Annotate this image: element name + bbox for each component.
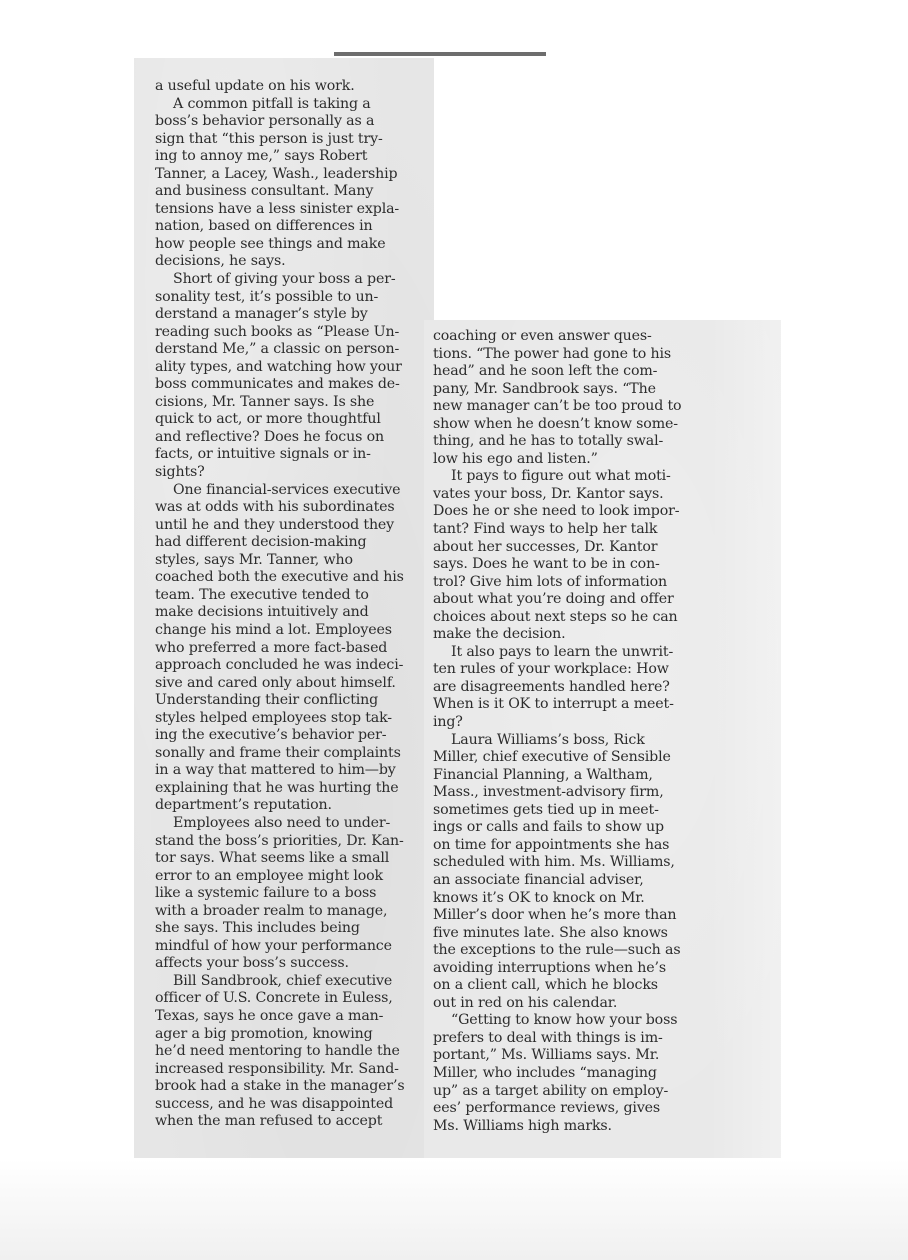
clipping-torn-edge bbox=[334, 52, 546, 56]
text-line: success, and he was disappointed bbox=[155, 1096, 415, 1114]
text-line: When is it OK to interrupt a meet- bbox=[433, 696, 703, 714]
text-line: she says. This includes being bbox=[155, 920, 415, 938]
text-line: in a way that mattered to him—by bbox=[155, 762, 415, 780]
text-line: choices about next steps so he can bbox=[433, 609, 703, 627]
text-line: mindful of how your performance bbox=[155, 938, 415, 956]
text-line: Miller’s door when he’s more than bbox=[433, 907, 703, 925]
text-line: ten rules of your workplace: How bbox=[433, 661, 703, 679]
text-line: the exceptions to the rule—such as bbox=[433, 942, 703, 960]
text-line: up” as a target ability on employ- bbox=[433, 1083, 703, 1101]
text-line: facts, or intuitive signals or in- bbox=[155, 446, 415, 464]
text-line: ees’ performance reviews, gives bbox=[433, 1100, 703, 1118]
text-line: make decisions intuitively and bbox=[155, 604, 415, 622]
text-line: decisions, he says. bbox=[155, 253, 415, 271]
text-line: ing the executive’s behavior per- bbox=[155, 727, 415, 745]
text-line: tor says. What seems like a small bbox=[155, 850, 415, 868]
text-line: cisions, Mr. Tanner says. Is she bbox=[155, 394, 415, 412]
text-line: Does he or she need to look impor- bbox=[433, 503, 703, 521]
text-line: says. Does he want to be in con- bbox=[433, 556, 703, 574]
text-line: approach concluded he was indeci- bbox=[155, 657, 415, 675]
article-column-left: a useful update on his work.A common pit… bbox=[155, 78, 415, 1131]
text-line: portant,” Ms. Williams says. Mr. bbox=[433, 1047, 703, 1065]
text-line: affects your boss’s success. bbox=[155, 955, 415, 973]
text-line: thing, and he has to totally swal- bbox=[433, 433, 703, 451]
text-line: styles, says Mr. Tanner, who bbox=[155, 552, 415, 570]
text-line: low his ego and listen.” bbox=[433, 451, 703, 469]
paragraph-first-line: A common pitfall is taking a bbox=[155, 96, 415, 114]
text-line: trol? Give him lots of information bbox=[433, 574, 703, 592]
text-line: a useful update on his work. bbox=[155, 78, 415, 96]
text-line: prefers to deal with things is im- bbox=[433, 1030, 703, 1048]
text-line: stand the boss’s priorities, Dr. Kan- bbox=[155, 833, 415, 851]
text-line: Tanner, a Lacey, Wash., leadership bbox=[155, 166, 415, 184]
text-line: nation, based on differences in bbox=[155, 218, 415, 236]
text-line: on a client call, which he blocks bbox=[433, 977, 703, 995]
text-line: Financial Planning, a Waltham, bbox=[433, 767, 703, 785]
text-line: how people see things and make bbox=[155, 236, 415, 254]
text-line: Texas, says he once gave a man- bbox=[155, 1008, 415, 1026]
paragraph-first-line: Short of giving your boss a per- bbox=[155, 271, 415, 289]
text-line: about her successes, Dr. Kantor bbox=[433, 539, 703, 557]
text-line: who preferred a more fact-based bbox=[155, 640, 415, 658]
paragraph-first-line: It pays to figure out what moti- bbox=[433, 468, 703, 486]
text-line: ing to annoy me,” says Robert bbox=[155, 148, 415, 166]
text-line: he’d need mentoring to handle the bbox=[155, 1043, 415, 1061]
text-line: scheduled with him. Ms. Williams, bbox=[433, 854, 703, 872]
text-line: about what you’re doing and offer bbox=[433, 591, 703, 609]
text-line: boss’s behavior personally as a bbox=[155, 113, 415, 131]
paragraph-first-line: “Getting to know how your boss bbox=[433, 1012, 703, 1030]
paragraph-first-line: Bill Sandbrook, chief executive bbox=[155, 973, 415, 991]
text-line: sights? bbox=[155, 464, 415, 482]
text-line: officer of U.S. Concrete in Euless, bbox=[155, 990, 415, 1008]
text-line: show when he doesn’t know some- bbox=[433, 416, 703, 434]
text-line: with a broader realm to manage, bbox=[155, 903, 415, 921]
text-line: derstand Me,” a classic on person- bbox=[155, 341, 415, 359]
text-line: Mass., investment-advisory firm, bbox=[433, 784, 703, 802]
text-line: avoiding interruptions when he’s bbox=[433, 960, 703, 978]
text-line: sive and cared only about himself. bbox=[155, 675, 415, 693]
text-line: Understanding their conflicting bbox=[155, 692, 415, 710]
text-line: ing? bbox=[433, 714, 703, 732]
text-line: increased responsibility. Mr. Sand- bbox=[155, 1061, 415, 1079]
text-line: had different decision-making bbox=[155, 534, 415, 552]
text-line: knows it’s OK to knock on Mr. bbox=[433, 890, 703, 908]
paragraph-first-line: Laura Williams’s boss, Rick bbox=[433, 732, 703, 750]
text-line: explaining that he was hurting the bbox=[155, 780, 415, 798]
text-line: derstand a manager’s style by bbox=[155, 306, 415, 324]
paragraph-first-line: It also pays to learn the unwrit- bbox=[433, 644, 703, 662]
text-line: quick to act, or more thoughtful bbox=[155, 411, 415, 429]
text-line: Miller, who includes “managing bbox=[433, 1065, 703, 1083]
text-line: coaching or even answer ques- bbox=[433, 328, 703, 346]
text-line: sometimes gets tied up in meet- bbox=[433, 802, 703, 820]
text-line: coached both the executive and his bbox=[155, 569, 415, 587]
paragraph-first-line: Employees also need to under- bbox=[155, 815, 415, 833]
text-line: was at odds with his subordinates bbox=[155, 499, 415, 517]
text-line: head” and he soon left the com- bbox=[433, 363, 703, 381]
text-line: new manager can’t be too proud to bbox=[433, 398, 703, 416]
text-line: styles helped employees stop tak- bbox=[155, 710, 415, 728]
text-line: on time for appointments she has bbox=[433, 837, 703, 855]
text-line: are disagreements handled here? bbox=[433, 679, 703, 697]
article-column-right: coaching or even answer ques-tions. “The… bbox=[433, 328, 703, 1135]
text-line: change his mind a lot. Employees bbox=[155, 622, 415, 640]
text-line: team. The executive tended to bbox=[155, 587, 415, 605]
text-line: make the decision. bbox=[433, 626, 703, 644]
text-line: an associate financial adviser, bbox=[433, 872, 703, 890]
text-line: tensions have a less sinister expla- bbox=[155, 201, 415, 219]
text-line: until he and they understood they bbox=[155, 517, 415, 535]
text-line: when the man refused to accept bbox=[155, 1113, 415, 1131]
text-line: ality types, and watching how your bbox=[155, 359, 415, 377]
text-line: like a systemic failure to a boss bbox=[155, 885, 415, 903]
text-line: vates your boss, Dr. Kantor says. bbox=[433, 486, 703, 504]
text-line: department’s reputation. bbox=[155, 797, 415, 815]
text-line: and business consultant. Many bbox=[155, 183, 415, 201]
text-line: reading such books as “Please Un- bbox=[155, 324, 415, 342]
text-line: five minutes late. She also knows bbox=[433, 925, 703, 943]
text-line: Ms. Williams high marks. bbox=[433, 1118, 703, 1136]
text-line: Miller, chief executive of Sensible bbox=[433, 749, 703, 767]
paragraph-first-line: One financial-services executive bbox=[155, 482, 415, 500]
text-line: ager a big promotion, knowing bbox=[155, 1026, 415, 1044]
text-line: sonally and frame their complaints bbox=[155, 745, 415, 763]
text-line: boss communicates and makes de- bbox=[155, 376, 415, 394]
text-line: out in red on his calendar. bbox=[433, 995, 703, 1013]
text-line: and reflective? Does he focus on bbox=[155, 429, 415, 447]
text-line: tant? Find ways to help her talk bbox=[433, 521, 703, 539]
text-line: sign that “this person is just try- bbox=[155, 131, 415, 149]
text-line: tions. “The power had gone to his bbox=[433, 346, 703, 364]
text-line: pany, Mr. Sandbrook says. “The bbox=[433, 381, 703, 399]
text-line: error to an employee might look bbox=[155, 868, 415, 886]
text-line: sonality test, it’s possible to un- bbox=[155, 289, 415, 307]
text-line: ings or calls and fails to show up bbox=[433, 819, 703, 837]
text-line: brook had a stake in the manager’s bbox=[155, 1078, 415, 1096]
